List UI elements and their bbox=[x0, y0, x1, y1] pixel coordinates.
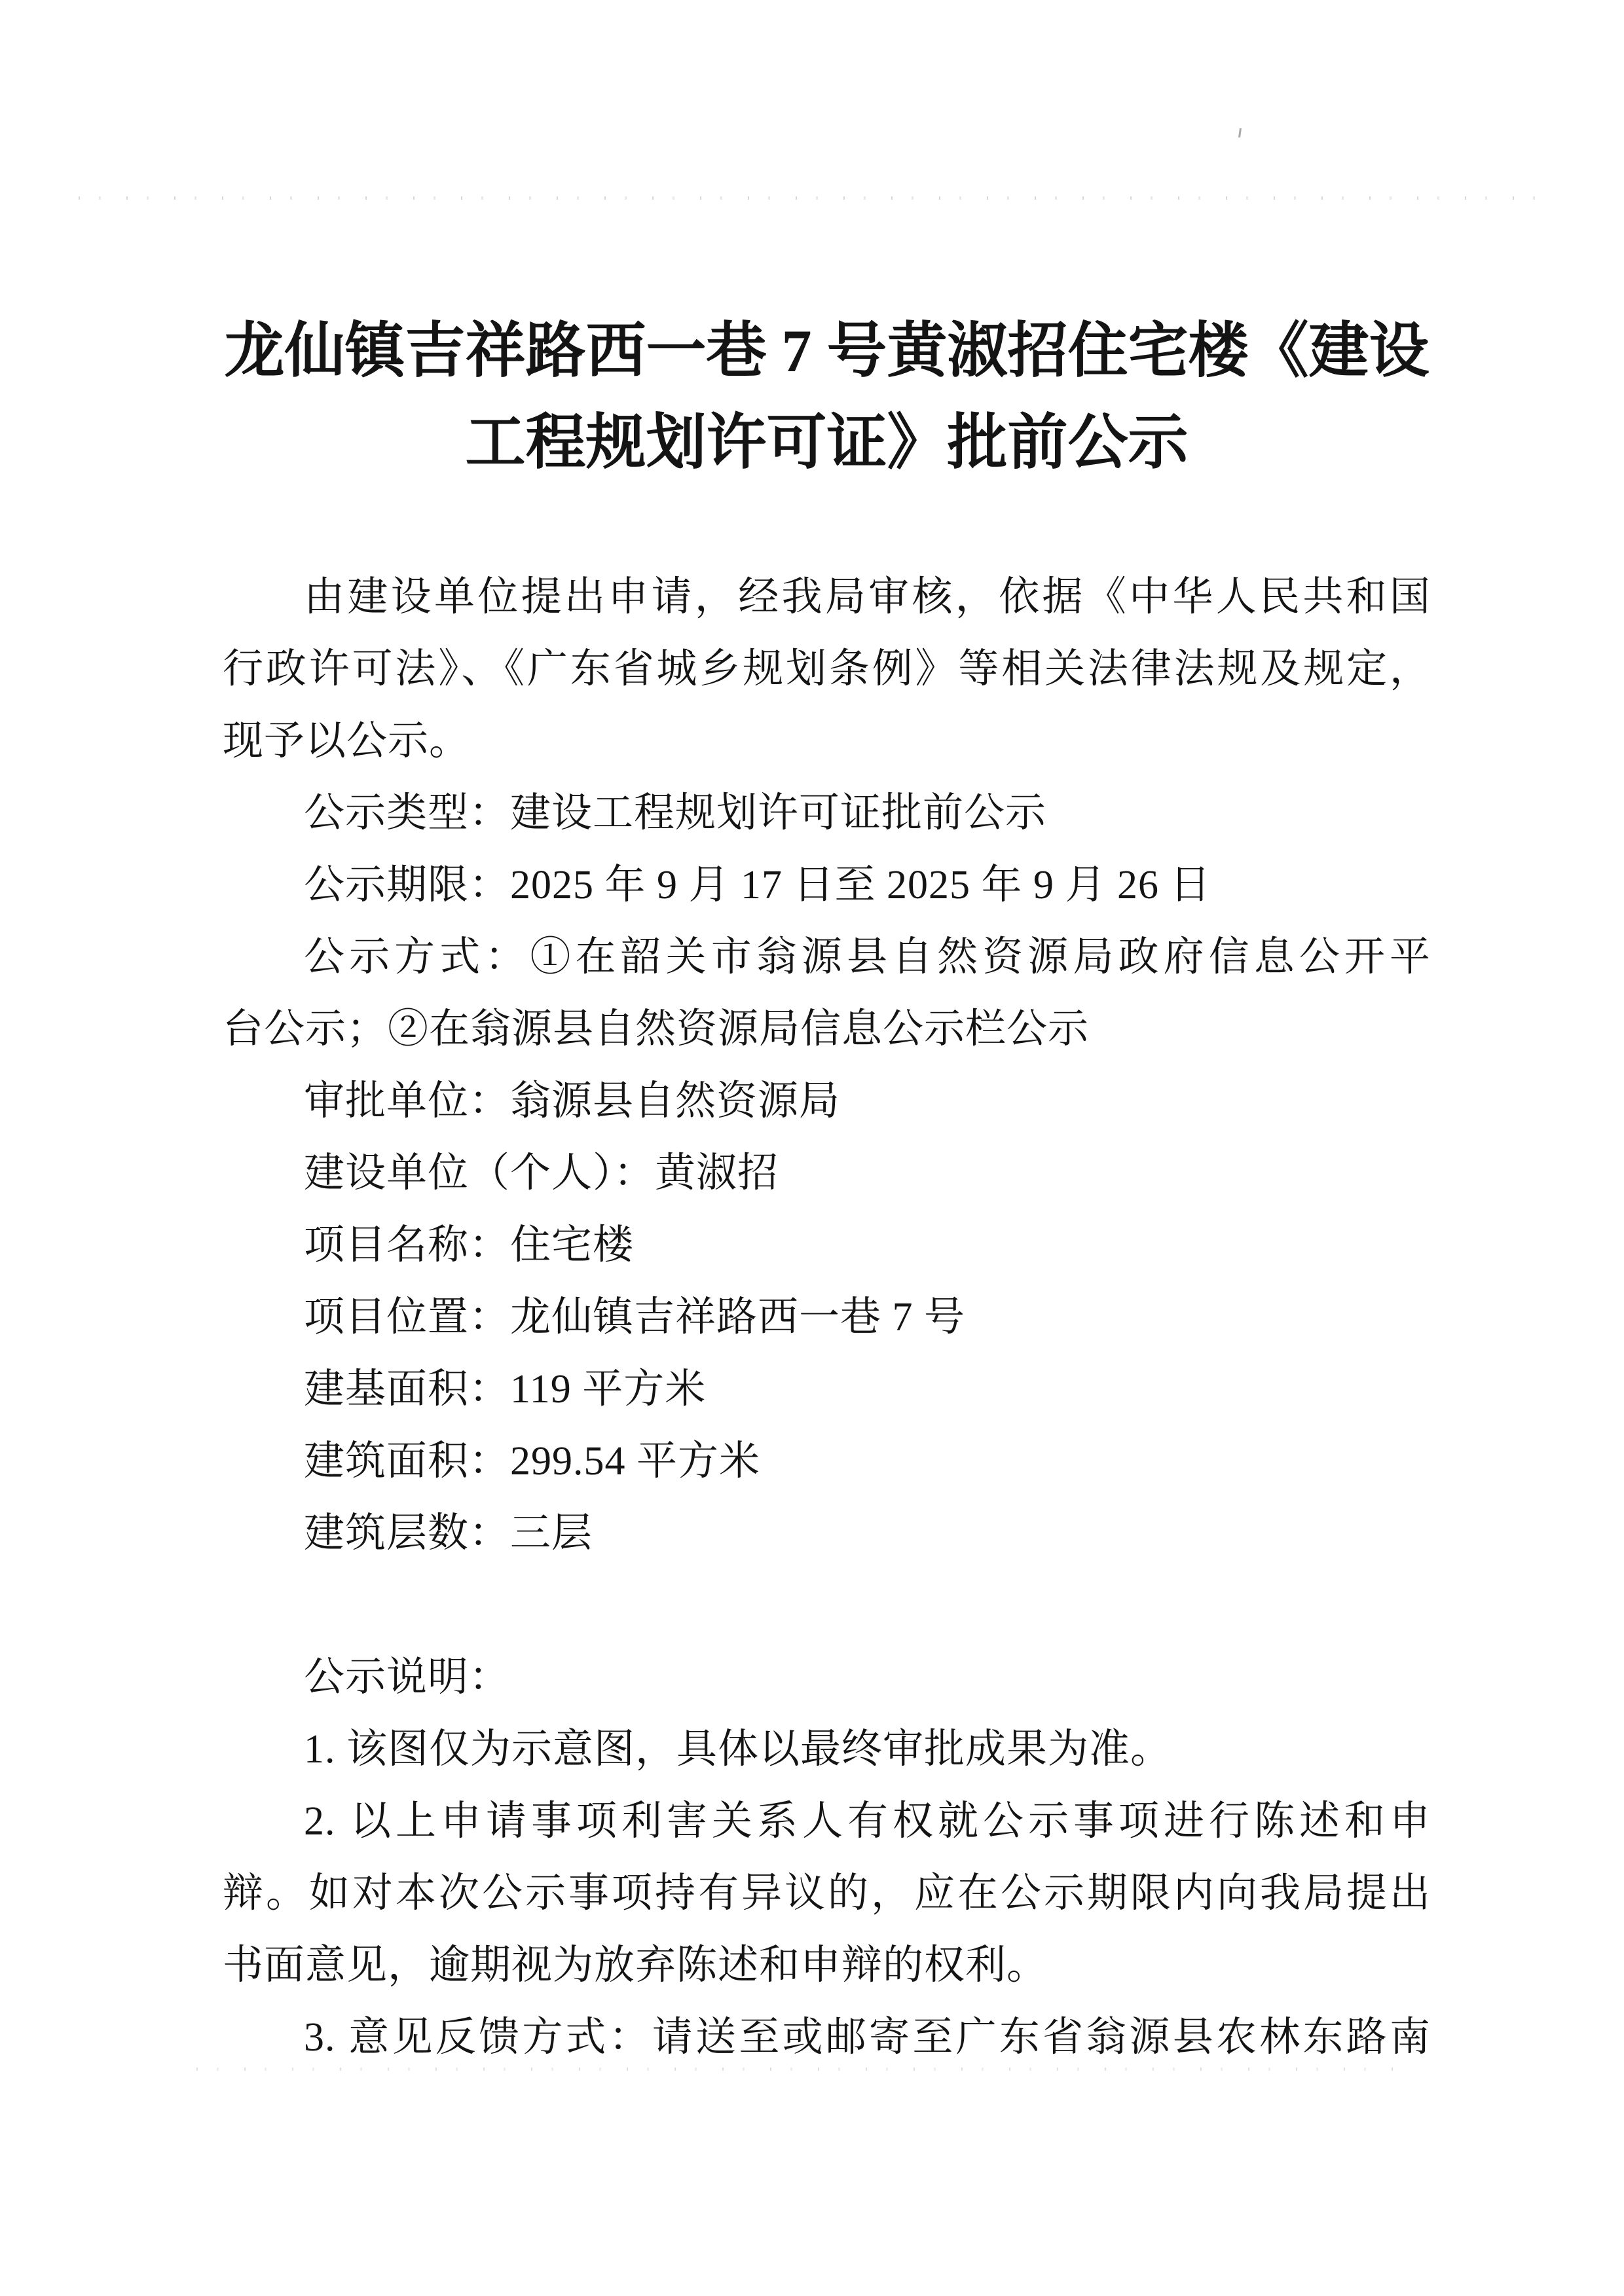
title-line-2: 工程规划许可证》批前公示 bbox=[223, 397, 1431, 488]
notice-method-line-2: 台公示；②在翁源县自然资源局信息公示栏公示 bbox=[223, 993, 1431, 1065]
blank-line bbox=[223, 1569, 1431, 1641]
scan-noise-band-top bbox=[79, 196, 1545, 200]
notes-heading-line: 公示说明： bbox=[223, 1641, 1431, 1713]
note-1-line: 1. 该图仅为示意图，具体以最终审批成果为准。 bbox=[223, 1713, 1431, 1785]
intro-line-3: 现予以公示。 bbox=[223, 705, 1431, 777]
intro-line-2: 行政许可法》、《广东省城乡规划条例》等相关法律法规及规定， bbox=[223, 633, 1431, 705]
document-title: 龙仙镇吉祥路西一巷 7 号黄淑招住宅楼《建设 工程规划许可证》批前公示 bbox=[223, 305, 1431, 488]
floor-count-line: 建筑层数：三层 bbox=[223, 1497, 1431, 1569]
notice-type-line: 公示类型：建设工程规划许可证批前公示 bbox=[223, 777, 1431, 849]
scanned-notice-screenshot: { "colors": { "paper": "#ffffff", "ink":… bbox=[0, 0, 1624, 2296]
title-line-1: 龙仙镇吉祥路西一巷 7 号黄淑招住宅楼《建设 bbox=[223, 305, 1431, 397]
note-2-line-1: 2. 以上申请事项利害关系人有权就公示事项进行陈述和申 bbox=[223, 1785, 1431, 1857]
floor-area-line: 建筑面积：299.54 平方米 bbox=[223, 1425, 1431, 1497]
project-location-line: 项目位置：龙仙镇吉祥路西一巷 7 号 bbox=[223, 1281, 1431, 1353]
note-2-line-2: 辩。如对本次公示事项持有异议的，应在公示期限内向我局提出 bbox=[223, 1857, 1431, 1929]
project-name-line: 项目名称：住宅楼 bbox=[223, 1209, 1431, 1281]
notice-method-line-1: 公示方式：①在韶关市翁源县自然资源局政府信息公开平 bbox=[223, 921, 1431, 993]
approval-unit-line: 审批单位：翁源县自然资源局 bbox=[223, 1065, 1431, 1137]
intro-line-1: 由建设单位提出申请，经我局审核，依据《中华人民共和国 bbox=[223, 561, 1431, 633]
construction-unit-line: 建设单位（个人）：黄淑招 bbox=[223, 1137, 1431, 1209]
notice-period-line: 公示期限：2025 年 9 月 17 日至 2025 年 9 月 26 日 bbox=[223, 849, 1431, 921]
note-3-line-1: 3. 意见反馈方式：请送至或邮寄至广东省翁源县农林东路南 bbox=[223, 2001, 1431, 2073]
document-body: 由建设单位提出申请，经我局审核，依据《中华人民共和国 行政许可法》、《广东省城乡… bbox=[223, 561, 1431, 2073]
note-2-line-3: 书面意见，逾期视为放弃陈述和申辩的权利。 bbox=[223, 1929, 1431, 2001]
scan-speck bbox=[1238, 128, 1242, 137]
base-area-line: 建基面积：119 平方米 bbox=[223, 1353, 1431, 1425]
document-page: 龙仙镇吉祥路西一巷 7 号黄淑招住宅楼《建设 工程规划许可证》批前公示 由建设单… bbox=[0, 0, 1624, 2296]
